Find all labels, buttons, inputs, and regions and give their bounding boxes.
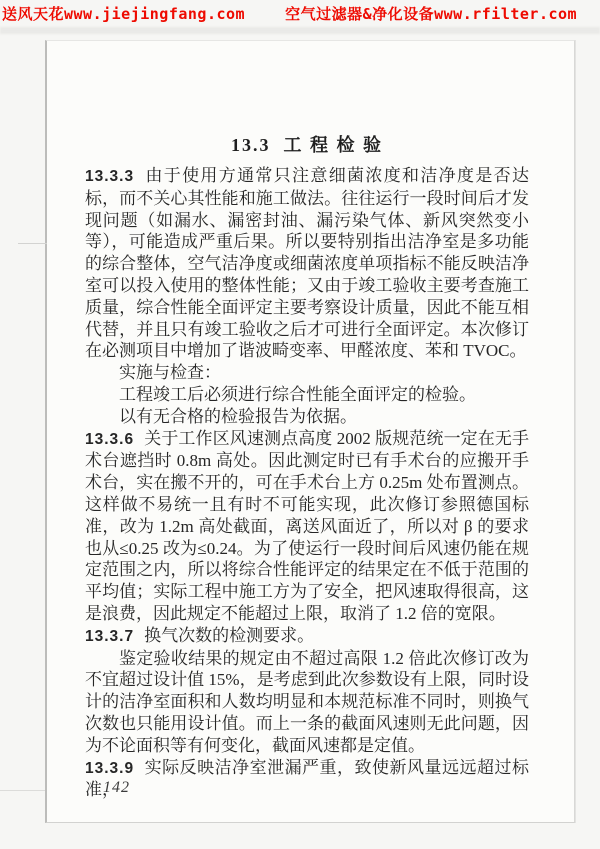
watermark-link-rfilter: 空气过滤器&净化设备www.rfilter.com xyxy=(285,5,577,23)
watermark-header: 送风天花www.jiejingfang.com空气过滤器&净化设备www.rfi… xyxy=(2,3,577,24)
clause-paragraph: 13.3.9实际反映洁净室泄漏严重，致使新风量远远超过标准， xyxy=(85,757,529,802)
paragraph-text: 鉴定验收结果的规定由不超过高限 1.2 倍此次修订改为不宜超过设计值 15%，是… xyxy=(85,649,529,755)
scanned-document-page: { "colors": { "watermark_red": "#ee0a00"… xyxy=(0,0,600,849)
page-number: 142 xyxy=(103,779,130,797)
paragraph: 鉴定验收结果的规定由不超过高限 1.2 倍此次修订改为不宜超过设计值 15%，是… xyxy=(85,648,529,757)
paragraph: 以有无合格的检验报告为依据。 xyxy=(85,406,529,428)
paragraph: 工程竣工后必须进行综合性能全面评定的检验。 xyxy=(85,384,529,406)
clause-number: 13.3.3 xyxy=(85,168,134,185)
paragraph: 实施与检查： xyxy=(85,362,529,384)
paragraph-text: 以有无合格的检验报告为依据。 xyxy=(119,407,357,426)
page-body: 13.3.3由于使用方通常只注意细菌浓度和洁净度是否达标，而不关心其性能和施工做… xyxy=(85,165,529,801)
paragraph-text: 换气次数的检测要求。 xyxy=(144,626,314,645)
scan-artifact-line xyxy=(18,243,47,244)
paragraph-text: 实施与检查： xyxy=(119,363,221,382)
paragraph-text: 工程竣工后必须进行综合性能全面评定的检验。 xyxy=(119,385,476,404)
paragraph-text: 实际反映洁净室泄漏严重，致使新风量远远超过标准， xyxy=(85,758,529,800)
page-edge-line xyxy=(575,40,576,823)
paragraph-text: 由于使用方通常只注意细菌浓度和洁净度是否达标，而不关心其性能和施工做法。往往运行… xyxy=(85,166,529,360)
page-content: 13.3 工 程 检 验 13.3.3由于使用方通常只注意细菌浓度和洁净度是否达… xyxy=(47,131,574,801)
watermark-link-jiejingfang: 送风天花www.jiejingfang.com xyxy=(2,5,245,23)
paragraph-text: 关于工作区风速测点高度 2002 版规范统一定在无手术台遮挡时 0.8m 高处。… xyxy=(85,429,529,623)
clause-paragraph: 13.3.3由于使用方通常只注意细菌浓度和洁净度是否达标，而不关心其性能和施工做… xyxy=(85,165,529,362)
book-page: 13.3 工 程 检 验 13.3.3由于使用方通常只注意细菌浓度和洁净度是否达… xyxy=(45,40,575,823)
clause-number: 13.3.7 xyxy=(85,628,134,645)
clause-paragraph: 13.3.6关于工作区风速测点高度 2002 版规范统一定在无手术台遮挡时 0.… xyxy=(85,428,529,625)
clause-paragraph: 13.3.7换气次数的检测要求。 xyxy=(85,625,529,648)
clause-number: 13.3.9 xyxy=(85,760,134,777)
section-title: 13.3 工 程 检 验 xyxy=(85,131,529,157)
clause-number: 13.3.6 xyxy=(85,431,134,448)
scan-artifact-line xyxy=(0,790,45,791)
scan-smudge-band xyxy=(0,27,600,34)
